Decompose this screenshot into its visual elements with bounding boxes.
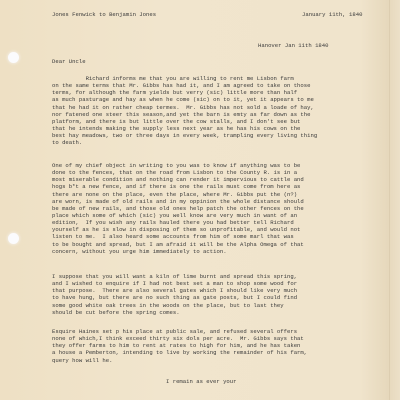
text-line: done to the fences, that on the road fro…	[52, 169, 304, 176]
letter-page: Jones Fenwick to Benjamin Jones January …	[0, 0, 400, 400]
text-line: edition, If you wish any rails hauled th…	[52, 219, 304, 226]
text-line: place which some of which (sic) you well…	[52, 212, 304, 219]
letter-header-title: Jones Fenwick to Benjamin Jones	[52, 11, 156, 18]
text-line: to death.	[52, 139, 317, 146]
text-line: they offer farms to him to rent at rates…	[52, 342, 307, 349]
paragraph-3: I suppose that you will want a kiln of l…	[52, 273, 297, 316]
text-line: on the same terms that Mr. Gibbs has had…	[52, 82, 317, 89]
letter-place-date: Hanover Jan 11th 1840	[258, 42, 329, 49]
text-line: some good white oak trees in the woods o…	[52, 302, 297, 309]
punch-hole-top	[8, 52, 19, 63]
text-line: listen to me. I also heard some accounts…	[52, 233, 304, 240]
paragraph-2: One of my chief object in writing to you…	[52, 162, 304, 255]
text-line: yourself as he is slow in disposing of t…	[52, 226, 304, 233]
text-line: are worn, is made of old rails and in my…	[52, 198, 304, 205]
text-line: best hay meadows, two or three days in e…	[52, 132, 317, 139]
text-line: Esquire Haines set p his place at public…	[52, 328, 307, 335]
letter-salutation: Dear Uncle	[52, 58, 86, 65]
text-line: nor fatened one steer this season,and ye…	[52, 111, 317, 118]
text-line: should be cut before the spring comes.	[52, 309, 297, 316]
text-line: most miserable condition and nothing can…	[52, 176, 304, 183]
letter-header-date: January 11th, 1840	[302, 11, 362, 18]
text-line: platform, and there is but little over t…	[52, 118, 317, 125]
text-line: that he had it on rather cheap termes. M…	[52, 104, 317, 111]
text-line: query how will he.	[52, 357, 307, 364]
letter-closing: I remain as ever your	[166, 378, 237, 385]
text-line: concern, without you urge him immediatel…	[52, 248, 304, 255]
punch-hole-bottom	[8, 233, 19, 244]
text-line: terms, for although the farm yields but …	[52, 89, 317, 96]
text-line: to have hung, but there are no such thin…	[52, 294, 297, 301]
text-line: none of which,I think exceed thirty six …	[52, 335, 307, 342]
text-line: and I wished to enquire if I had not bes…	[52, 280, 297, 287]
text-line: Richard informs me that you are willing …	[52, 75, 317, 82]
paper-crease	[389, 0, 390, 400]
text-line: One of my chief object in writing to you…	[52, 162, 304, 169]
text-line: I suppose that you will want a kiln of l…	[52, 273, 297, 280]
text-line: hogs b*t a new fence, and if there is on…	[52, 183, 304, 190]
text-line: that purpose. There are also several gat…	[52, 287, 297, 294]
text-line: that he intends making the supply less n…	[52, 125, 317, 132]
text-line: to be bought and spread, but I am afraid…	[52, 241, 304, 248]
text-line: be made of new rails, and those old ones…	[52, 205, 304, 212]
text-line: a house a Pemberton, intending to live b…	[52, 349, 307, 356]
paragraph-1: Richard informs me that you are willing …	[52, 75, 317, 146]
text-line: as much pasturage and hay as when he com…	[52, 96, 317, 103]
paragraph-4: Esquire Haines set p his place at public…	[52, 328, 307, 364]
text-line: there are none on the place, even the pl…	[52, 191, 304, 198]
